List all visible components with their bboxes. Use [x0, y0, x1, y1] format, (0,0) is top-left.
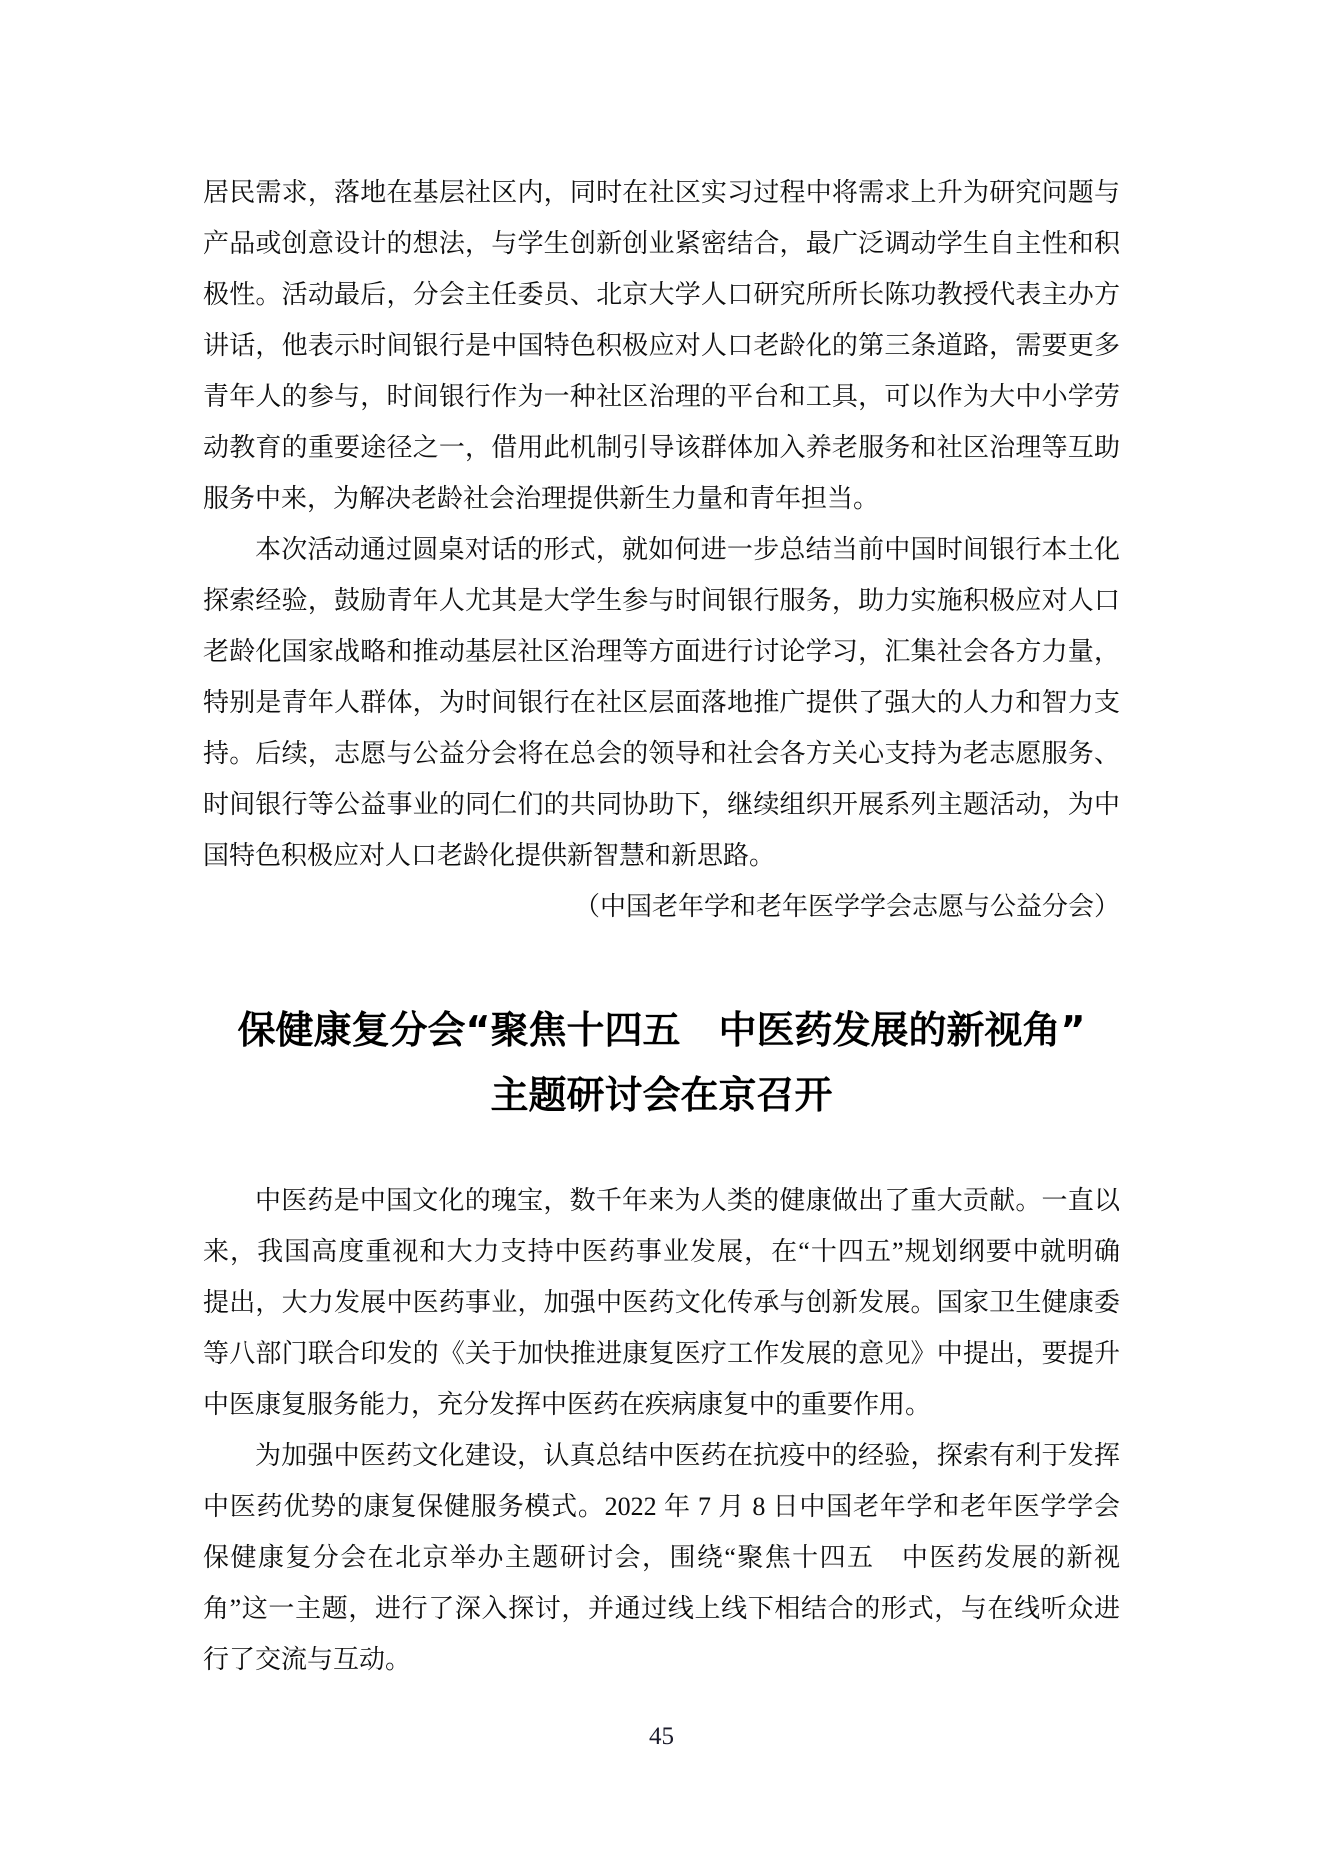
text-line: 老龄化国家战略和推动基层社区治理等方面进行讨论学习，汇集社会各方力量，	[203, 626, 1120, 677]
page-number: 45	[0, 1722, 1323, 1752]
paragraph-roundtable: 本次活动通过圆桌对话的形式，就如何进一步总结当前中国时间银行本土化探索经验，鼓励…	[203, 524, 1120, 881]
article-attribution: （中国老年学和老年医学学会志愿与公益分会）	[203, 881, 1120, 932]
text-line: 角”这一主题，进行了深入探讨，并通过线上线下相结合的形式，与在线听众进	[203, 1583, 1120, 1634]
text-line: 来，我国高度重视和大力支持中医药事业发展，在“十四五”规划纲要中就明确	[203, 1226, 1120, 1277]
text-line: 青年人的参与，时间银行作为一种社区治理的平台和工具，可以作为大中小学劳	[203, 371, 1120, 422]
page-content: 居民需求，落地在基层社区内，同时在社区实习过程中将需求上升为研究问题与产品或创意…	[203, 167, 1120, 1685]
text-line: 动教育的重要途径之一，借用此机制引导该群体加入养老服务和社区治理等互助	[203, 422, 1120, 473]
text-line: 产品或创意设计的想法，与学生创新创业紧密结合，最广泛调动学生自主性和积	[203, 218, 1120, 269]
paragraph-tcm-intro: 中医药是中国文化的瑰宝，数千年来为人类的健康做出了重大贡献。一直以来，我国高度重…	[203, 1175, 1120, 1430]
text-line: 中医药是中国文化的瑰宝，数千年来为人类的健康做出了重大贡献。一直以	[203, 1175, 1120, 1226]
text-line: 国特色积极应对人口老龄化提供新智慧和新思路。	[203, 830, 1120, 881]
text-line: 行了交流与互动。	[203, 1634, 1120, 1685]
text-line: 中医药优势的康复保健服务模式。2022 年 7 月 8 日中国老年学和老年医学学…	[203, 1481, 1120, 1532]
text-line: 特别是青年人群体，为时间银行在社区层面落地推广提供了强大的人力和智力支	[203, 677, 1120, 728]
text-line: 时间银行等公益事业的同仁们的共同协助下，继续组织开展系列主题活动，为中	[203, 779, 1120, 830]
text-line: 持。后续，志愿与公益分会将在总会的领导和社会各方关心支持为老志愿服务、	[203, 728, 1120, 779]
paragraph-seminar: 为加强中医药文化建设，认真总结中医药在抗疫中的经验，探索有利于发挥中医药优势的康…	[203, 1430, 1120, 1685]
text-line: 探索经验，鼓励青年人尤其是大学生参与时间银行服务，助力实施积极应对人口	[203, 575, 1120, 626]
text-line: 中医康复服务能力，充分发挥中医药在疾病康复中的重要作用。	[203, 1379, 1120, 1430]
text-line: 等八部门联合印发的《关于加快推进康复医疗工作发展的意见》中提出，要提升	[203, 1328, 1120, 1379]
text-line: 提出，大力发展中医药事业，加强中医药文化传承与创新发展。国家卫生健康委	[203, 1277, 1120, 1328]
text-line: 服务中来，为解决老龄社会治理提供新生力量和青年担当。	[203, 473, 1120, 524]
article-title: 保健康复分会“聚焦十四五 中医药发展的新视角” 主题研讨会在京召开	[203, 998, 1120, 1128]
text-line: 极性。活动最后，分会主任委员、北京大学人口研究所所长陈功教授代表主办方	[203, 269, 1120, 320]
text-line: 为加强中医药文化建设，认真总结中医药在抗疫中的经验，探索有利于发挥	[203, 1430, 1120, 1481]
text-line: 居民需求，落地在基层社区内，同时在社区实习过程中将需求上升为研究问题与	[203, 167, 1120, 218]
paragraph-continuation: 居民需求，落地在基层社区内，同时在社区实习过程中将需求上升为研究问题与产品或创意…	[203, 167, 1120, 524]
article-title-line-1: 保健康复分会“聚焦十四五 中医药发展的新视角”	[203, 998, 1120, 1063]
text-line: 讲话，他表示时间银行是中国特色积极应对人口老龄化的第三条道路，需要更多	[203, 320, 1120, 371]
text-line: 本次活动通过圆桌对话的形式，就如何进一步总结当前中国时间银行本土化	[203, 524, 1120, 575]
document-page: 居民需求，落地在基层社区内，同时在社区实习过程中将需求上升为研究问题与产品或创意…	[0, 0, 1323, 1871]
text-line: 保健康复分会在北京举办主题研讨会，围绕“聚焦十四五 中医药发展的新视	[203, 1532, 1120, 1583]
article-title-line-2: 主题研讨会在京召开	[203, 1063, 1120, 1128]
